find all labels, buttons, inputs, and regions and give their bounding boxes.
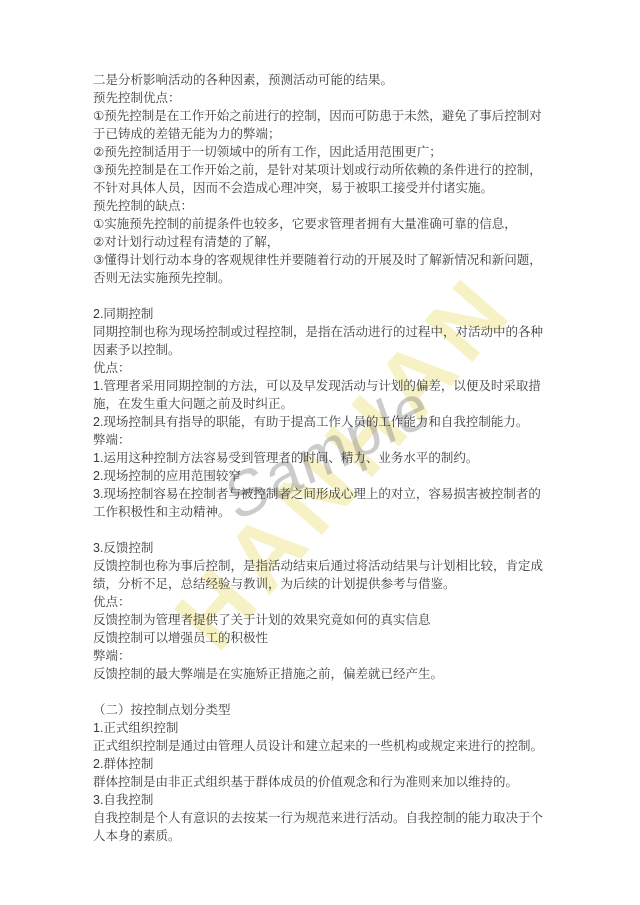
definition-line: 反馈控制也称为事后控制，是指活动结束后通过将活动结果与计划相比较，肯定成绩，分析… [93, 557, 549, 593]
label-advantages: 优点： [93, 359, 549, 377]
advantage-item-2: ②预先控制适用于一切领域中的所有工作，因此适用范围更广； [93, 143, 549, 161]
heading-group-control: 2.群体控制 [93, 755, 549, 773]
section-concurrent-control: 2.同期控制 同期控制也称为现场控制或过程控制，是指在活动进行的过程中，对活动中… [93, 305, 549, 521]
advantage-item-1: ①预先控制是在工作开始之前进行的控制，因而可防患于未然，避免了事后控制对于已铸成… [93, 107, 549, 143]
document-content: 二是分析影响活动的各种因素，预测活动可能的结果。 预先控制优点： ①预先控制是在… [93, 71, 549, 845]
label-advantages: 优点： [93, 593, 549, 611]
definition-line: 同期控制也称为现场控制或过程控制，是指在活动进行的过程中，对活动中的各种因素予以… [93, 323, 549, 359]
label-drawbacks: 弊端： [93, 431, 549, 449]
section-heading: （二）按控制点划分类型 [93, 701, 549, 719]
advantage-item-1: 反馈控制为管理者提供了关于计划的效果究竟如何的真实信息 [93, 611, 549, 629]
advantage-item-1: 1.管理者采用同期控制的方法，可以及早发现活动与计划的偏差，以便及时采取措施，在… [93, 377, 549, 413]
drawback-item-1: 1.运用这种控制方法容易受到管理者的时间、精力、业务水平的制约。 [93, 449, 549, 467]
advantage-item-3: ③预先控制是在工作开始之前，是针对某项计划或行动所依赖的条件进行的控制，不针对具… [93, 161, 549, 197]
disadvantage-item-3: ③懂得计划行动本身的客观规律性并要随着行动的开展及时了解新情况和新问题，否则无法… [93, 251, 549, 287]
definition-self-control: 自我控制是个人有意识的去按某一行为规范来进行活动。自我控制的能力取决于个人本身的… [93, 809, 549, 845]
definition-group-control: 群体控制是由非正式组织基于群体成员的价值观念和行为准则来加以维持的。 [93, 773, 549, 791]
advantage-item-2: 反馈控制可以增强员工的积极性 [93, 629, 549, 647]
document-page: HANHAN Sample 二是分析影响活动的各种因素，预测活动可能的结果。 预… [0, 0, 640, 905]
heading-self-control: 3.自我控制 [93, 791, 549, 809]
disadvantage-item-2: ②对计划行动过程有清楚的了解， [93, 233, 549, 251]
section-feedforward-control: 二是分析影响活动的各种因素，预测活动可能的结果。 预先控制优点： ①预先控制是在… [93, 71, 549, 287]
advantage-item-2: 2.现场控制具有指导的职能，有助于提高工作人员的工作能力和自我控制能力。 [93, 413, 549, 431]
section-heading: 2.同期控制 [93, 305, 549, 323]
label-advantages: 预先控制优点： [93, 89, 549, 107]
drawback-item-2: 2.现场控制的应用范围较窄 [93, 467, 549, 485]
intro-line: 二是分析影响活动的各种因素，预测活动可能的结果。 [93, 71, 549, 89]
label-drawbacks: 弊端： [93, 647, 549, 665]
drawback-item-1: 反馈控制的最大弊端是在实施矫正措施之前，偏差就已经产生。 [93, 665, 549, 683]
section-feedback-control: 3.反馈控制 反馈控制也称为事后控制，是指活动结束后通过将活动结果与计划相比较，… [93, 539, 549, 683]
definition-formal-org-control: 正式组织控制是通过由管理人员设计和建立起来的一些机构或规定来进行的控制。 [93, 737, 549, 755]
section-control-point-types: （二）按控制点划分类型 1.正式组织控制 正式组织控制是通过由管理人员设计和建立… [93, 701, 549, 845]
label-disadvantages: 预先控制的缺点： [93, 197, 549, 215]
disadvantage-item-1: ①实施预先控制的前提条件也较多，它要求管理者拥有大量准确可靠的信息， [93, 215, 549, 233]
heading-formal-org-control: 1.正式组织控制 [93, 719, 549, 737]
drawback-item-3: 3.现场控制容易在控制者与被控制者之间形成心理上的对立，容易损害被控制者的工作积… [93, 485, 549, 521]
section-heading: 3.反馈控制 [93, 539, 549, 557]
